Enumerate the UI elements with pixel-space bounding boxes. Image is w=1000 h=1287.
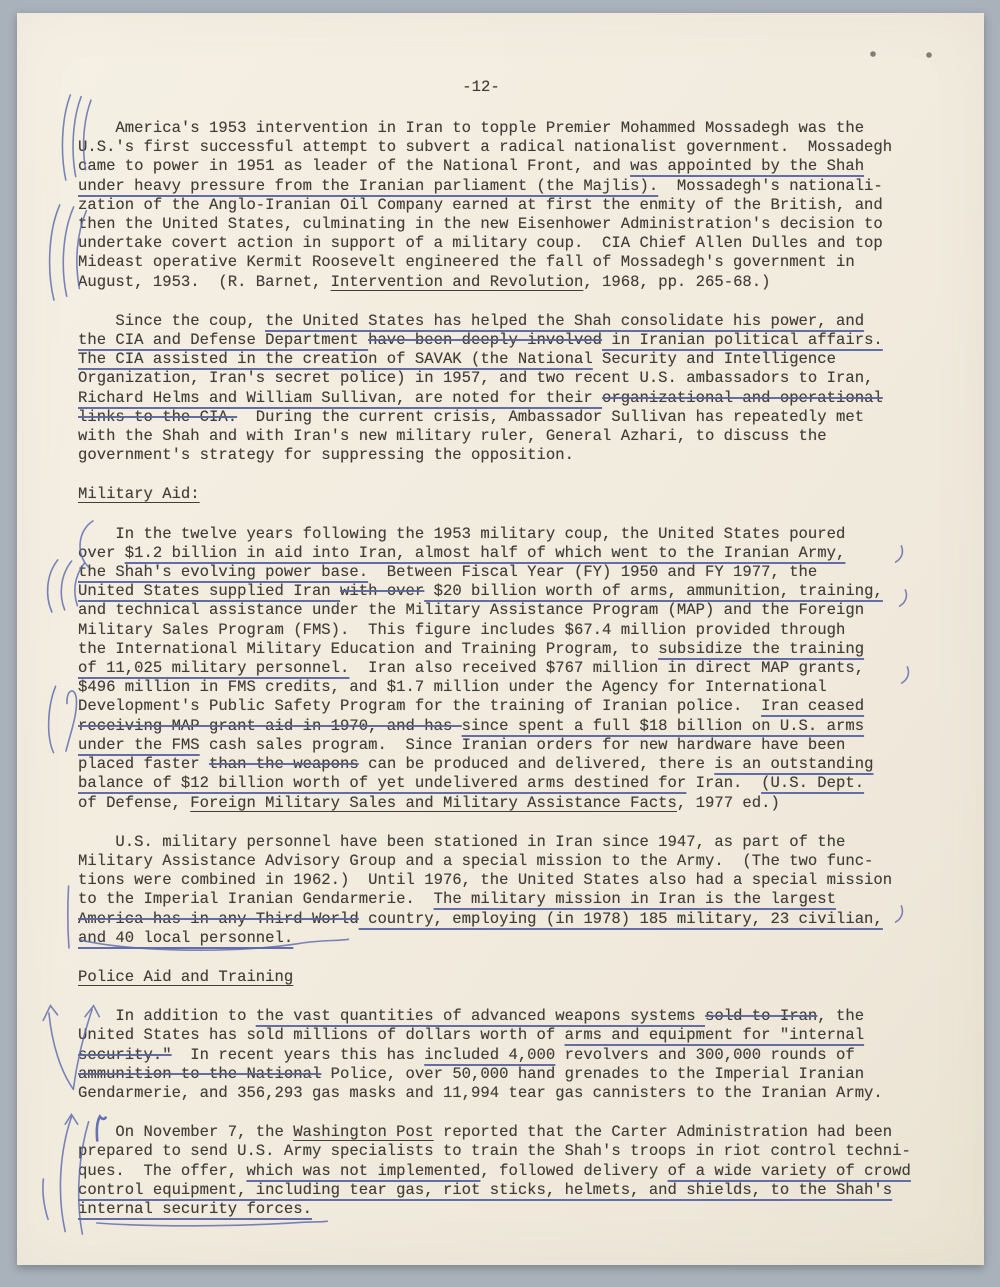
text-line: zation of the Anglo-Iranian Oil Company … (78, 196, 958, 215)
pen-struck-text: have been deeply involved (368, 331, 602, 349)
document-blocks: America's 1953 intervention in Iran to t… (78, 119, 958, 1239)
text-line: of 11,025 military personnel. Iran also … (78, 659, 958, 678)
text-segment: , the (817, 1007, 864, 1025)
text-line: control equipment, including tear gas, r… (78, 1181, 958, 1200)
text-line: placed faster than the weapons can be pr… (78, 755, 958, 774)
text-line: In the twelve years following the 1953 m… (78, 525, 958, 544)
text-segment: Iran also received $767 million in direc… (349, 659, 864, 677)
text-segment: In addition to (78, 1007, 256, 1025)
pen-underlined-text: United States supplied Iran (78, 582, 340, 600)
pen-struck-text: than the weapons (209, 755, 359, 773)
pen-underlined-text: of 11,025 military personnel. (78, 659, 349, 677)
text-segment: tions were combined in 1962.) Until 1976… (78, 871, 892, 889)
text-segment: Security and Intelligence (593, 350, 836, 368)
pen-underlined-text: the CIA and Defense Department (78, 331, 368, 349)
pen-underlined-text: balance of $12 billion worth of yet unde… (78, 774, 686, 792)
text-segment: In the twelve years following the 1953 m… (78, 525, 845, 543)
typed-underlined-text: Washington Post (293, 1123, 433, 1141)
text-segment: with the Shah and with Iran's new milita… (78, 427, 827, 445)
text-line: Gendarmerie, and 356,293 gas masks and 1… (78, 1084, 958, 1103)
text-segment: reported that the Carter Administration … (434, 1123, 893, 1141)
text-segment: August, 1953. (R. Barnet, (78, 273, 331, 291)
text-line: Richard Helms and William Sullivan, are … (78, 389, 958, 408)
typed-underlined-text: Intervention and Revolution (331, 273, 584, 291)
text-segment: U.S. military personnel have been statio… (78, 833, 845, 851)
text-segment: the International Military Education and… (78, 640, 658, 658)
para-since-the-coup: Since the coup, the United States has he… (78, 312, 958, 466)
text-line: United States has sold millions of dolla… (78, 1026, 958, 1045)
pen-underlined-text: included 4,000 (424, 1046, 555, 1064)
pen-underlined-text: under heavy pressure from the Iranian pa… (78, 177, 658, 195)
pen-underlined-text: Richard Helms and William Sullivan, are … (78, 389, 602, 407)
pen-underlined-text: (U.S. Dept. (761, 774, 864, 792)
pen-underlined-text: the vast quantities of advanced weapons … (256, 1007, 705, 1025)
text-line: U.S. military personnel have been statio… (78, 833, 958, 852)
pen-underlined-text: Iran ceased (761, 697, 864, 715)
text-line: internal security forces. (78, 1200, 958, 1219)
text-line: the Shah's evolving power base. Between … (78, 563, 958, 582)
page-number: -12- (78, 78, 884, 97)
text-segment: Iran. (686, 774, 761, 792)
text-line: America has in any Third World country, … (78, 910, 958, 929)
pen-underlined-text: arms and equipment for "internal (565, 1026, 864, 1044)
text-line: under heavy pressure from the Iranian pa… (78, 177, 958, 196)
text-segment: United States has sold millions of dolla… (78, 1026, 565, 1044)
text-segment: America's 1953 intervention in Iran to t… (78, 119, 864, 137)
text-segment: can be produced and delivered, there (359, 755, 715, 773)
text-line: United States supplied Iran with over $2… (78, 582, 958, 601)
pen-underlined-text: internal security forces. (78, 1200, 312, 1218)
para-1953-intervention: America's 1953 intervention in Iran to t… (78, 119, 958, 292)
text-segment: , 1968, pp. 265-68.) (583, 273, 770, 291)
text-line: government's strategy for suppressing th… (78, 446, 958, 465)
text-line: Military Aid: (78, 485, 958, 504)
text-line: then the United States, culminating in t… (78, 215, 958, 234)
text-segment: undertake covert action in support of a … (78, 234, 883, 252)
heading-police-aid: Police Aid and Training (78, 968, 958, 987)
text-segment: came to power in 1951 as leader of the N… (78, 157, 630, 175)
text-line: The CIA assisted in the creation of SAVA… (78, 350, 958, 369)
pen-struck-text: receiving MAP grant aid in 1970, and has (78, 717, 462, 735)
text-line: prepared to send U.S. Army specialists t… (78, 1142, 958, 1161)
paper-sheet: -12- America's 1953 intervention in Iran… (17, 13, 984, 1265)
text-line: ammunition to the National Police, over … (78, 1065, 958, 1084)
pen-underlined-text: control equipment, including tear gas, r… (78, 1181, 892, 1199)
text-segment: , 1977 ed.) (677, 794, 780, 812)
para-military-aid-figures: In the twelve years following the 1953 m… (78, 525, 958, 813)
text-segment: In recent years this has (172, 1046, 425, 1064)
pen-underlined-text: is an outstanding (714, 755, 873, 773)
text-line: and technical assistance under the Milit… (78, 601, 958, 620)
text-line: security." In recent years this has incl… (78, 1046, 958, 1065)
text-segment: government's strategy for suppressing th… (78, 446, 574, 464)
text-line: August, 1953. (R. Barnet, Intervention a… (78, 273, 958, 292)
text-line: receiving MAP grant aid in 1970, and has… (78, 717, 958, 736)
text-segment: cash sales program. Since Iranian orders… (200, 736, 846, 754)
text-line: $496 million in FMS credits, and $1.7 mi… (78, 678, 958, 697)
text-segment: Organization, Iran's secret police) in 1… (78, 369, 873, 387)
text-line: U.S.'s first successful attempt to subve… (78, 138, 958, 157)
text-line: Since the coup, the United States has he… (78, 312, 958, 331)
pen-underlined-text: was appointed by the Shah (630, 157, 864, 175)
text-segment: Since the coup, (78, 312, 265, 330)
text-line: On November 7, the Washington Post repor… (78, 1123, 958, 1142)
text-line: tions were combined in 1962.) Until 1976… (78, 871, 958, 890)
text-line: undertake covert action in support of a … (78, 234, 958, 253)
pen-underlined-text: $1.2 billion in aid into Iran, almost ha… (125, 544, 846, 562)
pen-underlined-text: and 40 local personnel. (78, 929, 293, 947)
text-segment: Between Fiscal Year (FY) 1950 and FY 197… (368, 563, 817, 581)
text-segment: zation of the Anglo-Iranian Oil Company … (78, 196, 883, 214)
pen-struck-text: links to the CIA. (78, 408, 237, 426)
text-segment: Mideast operative Kermit Roosevelt engin… (78, 253, 855, 271)
text-segment: prepared to send U.S. Army specialists t… (78, 1142, 911, 1160)
text-line: the International Military Education and… (78, 640, 958, 659)
text-segment: During the current crisis, Ambassador Su… (237, 408, 864, 426)
text-line: came to power in 1951 as leader of the N… (78, 157, 958, 176)
text-line: balance of $12 billion worth of yet unde… (78, 774, 958, 793)
text-line: Development's Public Safety Program for … (78, 697, 958, 716)
pen-underlined-text: the Shah's evolving power base. (78, 563, 368, 581)
pen-struck-text: sold to Iran (705, 1007, 817, 1025)
text-line: under the FMS cash sales program. Since … (78, 736, 958, 755)
text-segment: Military Assistance Advisory Group and a… (78, 852, 873, 870)
para-internal-security-sales: In addition to the vast quantities of ad… (78, 1007, 958, 1103)
scanned-document-photo: { "page_number": "-12-", "colors": { "ba… (0, 0, 1000, 1287)
heading-military-aid: Military Aid: (78, 485, 958, 504)
text-line: to the Imperial Iranian Gendarmerie. The… (78, 890, 958, 909)
text-segment: then the United States, culminating in t… (78, 215, 883, 233)
text-line: Military Sales Program (FMS). This figur… (78, 621, 958, 640)
text-line: links to the CIA. During the current cri… (78, 408, 958, 427)
text-line: and 40 local personnel. (78, 929, 958, 948)
pen-struck-text: organizational and operational (602, 389, 883, 407)
text-line: of Defense, Foreign Military Sales and M… (78, 794, 958, 813)
text-segment: to the Imperial Iranian Gendarmerie. (78, 890, 434, 908)
pen-underlined-text: which was not implemented (246, 1162, 480, 1180)
text-line: Military Assistance Advisory Group and a… (78, 852, 958, 871)
text-segment: over (78, 544, 125, 562)
text-segment: On November 7, the (78, 1123, 293, 1141)
text-segment: ques. The offer, (78, 1162, 246, 1180)
pen-struck-text: America has in any Third World (78, 910, 359, 928)
text-line: with the Shah and with Iran's new milita… (78, 427, 958, 446)
text-line: Police Aid and Training (78, 968, 958, 987)
pen-underlined-text: The military mission in Iran is the larg… (434, 890, 836, 908)
text-segment: placed faster (78, 755, 209, 773)
para-us-military-personnel: U.S. military personnel have been statio… (78, 833, 958, 948)
text-segment: of Defense, (78, 794, 190, 812)
pen-underlined-text: under the FMS (78, 736, 200, 754)
pen-underlined-text: of a wide variety of crowd (668, 1162, 911, 1180)
text-segment: $496 million in FMS credits, and $1.7 mi… (78, 678, 827, 696)
text-line: the CIA and Defense Department have been… (78, 331, 958, 350)
text-segment: Mossadegh's nationali- (658, 177, 883, 195)
pen-underlined-text: in Iranian political affairs. (602, 331, 883, 349)
pen-underlined-text: subsidize the training (658, 640, 864, 658)
typed-underlined-text: Military Aid: (78, 485, 200, 503)
typed-underlined-text: Foreign Military Sales and Military Assi… (190, 794, 677, 812)
text-segment: and technical assistance under the Milit… (78, 601, 864, 619)
pen-underlined-text: country, employing (in 1978) 185 militar… (359, 910, 883, 928)
text-segment: U.S.'s first successful attempt to subve… (78, 138, 892, 156)
pen-underlined-text: since spent a full $18 billion on U.S. a… (462, 717, 864, 735)
text-segment: Military Sales Program (FMS). This figur… (78, 621, 845, 639)
pen-underlined-text: $20 billion worth of arms, ammunition, t… (424, 582, 883, 600)
text-segment: Gendarmerie, and 356,293 gas masks and 1… (78, 1084, 883, 1102)
text-segment: revolvers and 300,000 rounds of (555, 1046, 854, 1064)
typed-underlined-text: Police Aid and Training (78, 968, 293, 986)
text-segment: Development's Public Safety Program for … (78, 697, 761, 715)
text-line: ques. The offer, which was not implement… (78, 1162, 958, 1181)
pen-struck-text: security." (78, 1046, 172, 1064)
text-line: Mideast operative Kermit Roosevelt engin… (78, 253, 958, 272)
text-line: Organization, Iran's secret police) in 1… (78, 369, 958, 388)
pen-underlined-text: The CIA assisted in the creation of SAVA… (78, 350, 593, 368)
pen-struck-text: with over (340, 582, 424, 600)
text-line: over $1.2 billion in aid into Iran, almo… (78, 544, 958, 563)
text-line: In addition to the vast quantities of ad… (78, 1007, 958, 1026)
pen-struck-text: ammunition to the National (78, 1065, 321, 1083)
para-washington-post: On November 7, the Washington Post repor… (78, 1123, 958, 1219)
text-segment: , followed delivery (480, 1162, 667, 1180)
text-line: America's 1953 intervention in Iran to t… (78, 119, 958, 138)
pen-underlined-text: the United States has helped the Shah co… (265, 312, 864, 330)
text-segment: Police, over 50,000 hand grenades to the… (321, 1065, 864, 1083)
